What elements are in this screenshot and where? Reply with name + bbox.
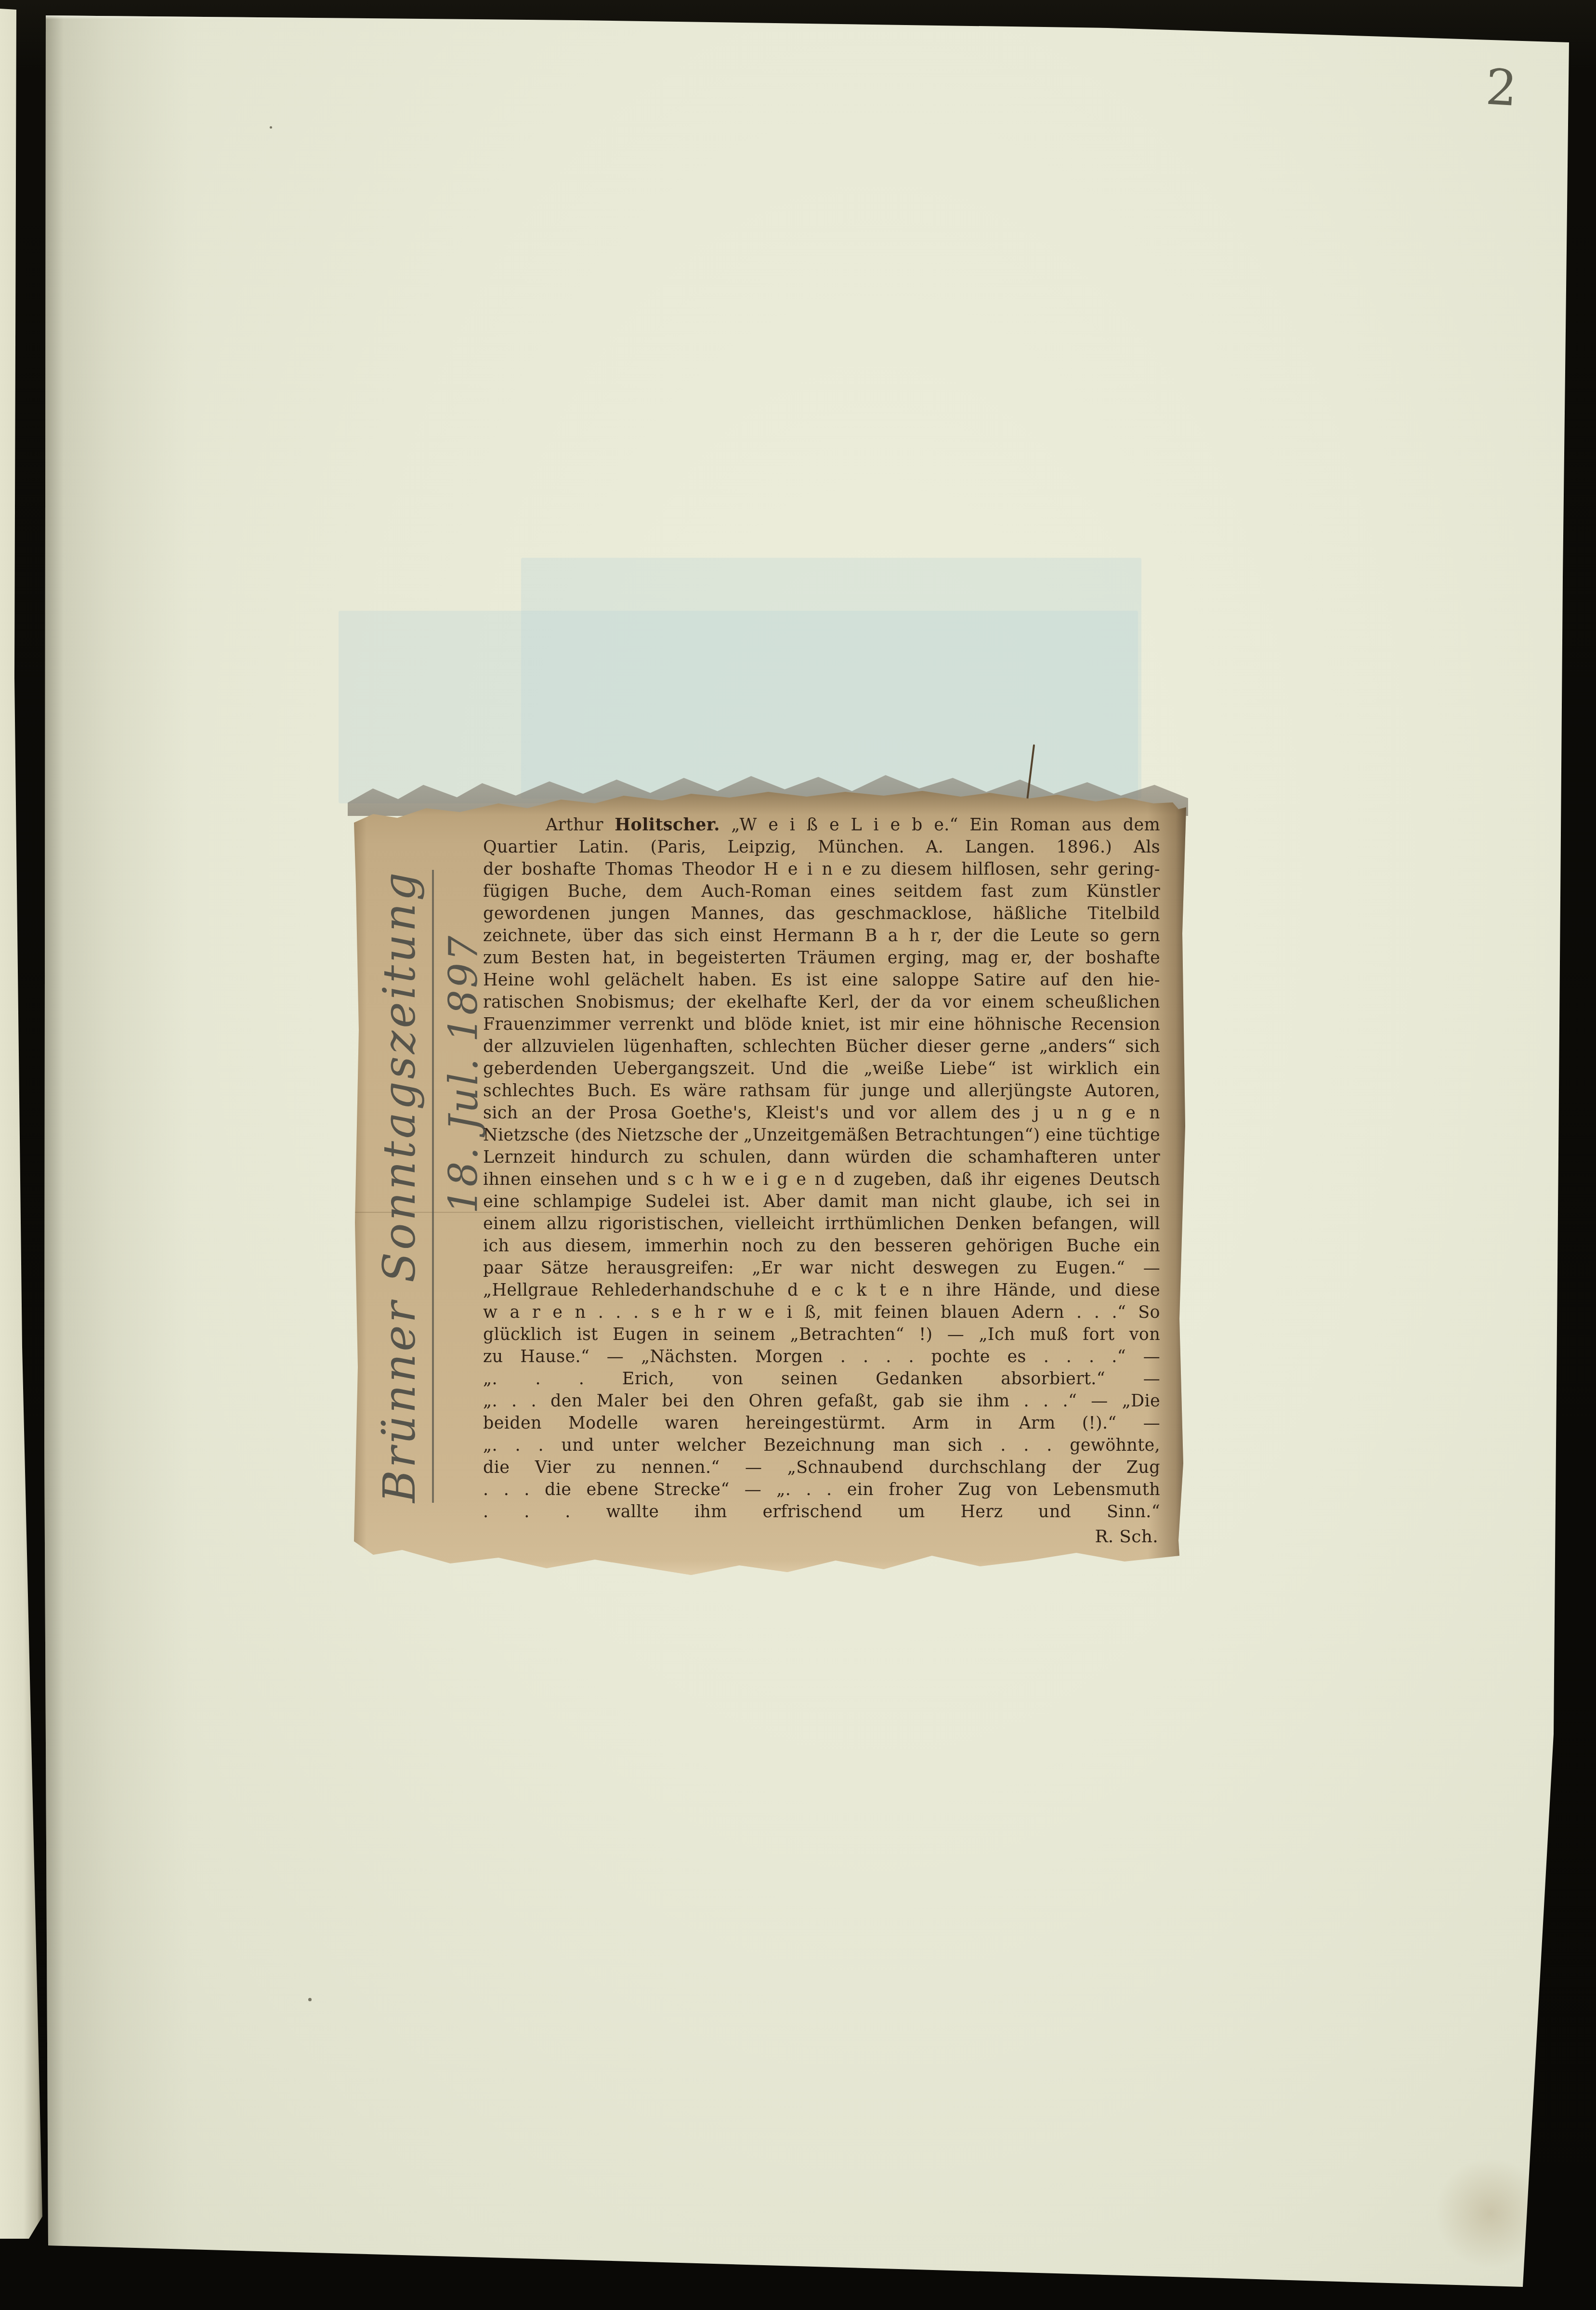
clipping-line: der boshafte Thomas Theodor H e i n e zu… [483, 858, 1160, 880]
clipping-line: schlechtes Buch. Es wäre rathsam für jun… [483, 1080, 1160, 1102]
glassine-overlay-right [521, 558, 1141, 799]
clipping-line: Frauenzimmer verrenkt und blöde kniet, i… [483, 1013, 1160, 1036]
clipping-line: beiden Modelle waren hereingestürmt. Arm… [483, 1412, 1160, 1434]
clipping-line: ihnen einsehen und s c h w e i g e n d z… [483, 1168, 1160, 1191]
clipping-line: gewordenen jungen Mannes, das geschmackl… [483, 903, 1160, 925]
scanner-background: 2 Brünner Sonntagszeitung 18. Jul. 1897 … [0, 0, 1596, 2310]
clipping-line: ratischen Snobismus; der ekelhafte Kerl,… [483, 991, 1160, 1013]
clipping-line: glücklich ist Eugen in seinem „Betrachte… [483, 1324, 1160, 1346]
clipping-line: zeichnete, über das sich einst Hermann B… [483, 925, 1160, 947]
clipping-line: Arthur Holitscher. „W e i ß e L i e b e.… [483, 814, 1160, 836]
clipping-line: zu Hause.“ — „Nächsten. Morgen . . . . p… [483, 1346, 1160, 1368]
clipping-line: der allzuvielen lügenhaften, schlechten … [483, 1036, 1160, 1058]
clipping-line: eine schlampige Sudelei ist. Aber damit … [483, 1191, 1160, 1213]
clipping-line: ich aus diesem, immerhin noch zu den bes… [483, 1235, 1160, 1257]
clipping-line: „. . . den Maler bei den Ohren gefaßt, g… [483, 1390, 1160, 1412]
clipping-line: paar Sätze herausgreifen: „Er war nicht … [483, 1257, 1160, 1279]
clipping-line: geberdenden Uebergangszeit. Und die „wei… [483, 1058, 1160, 1080]
clipping-line: „Hellgraue Rehlederhandschuhe d e c k t … [483, 1279, 1160, 1301]
clipping-signature: R. Sch. [483, 1526, 1160, 1548]
gutter-shadow [44, 0, 189, 2310]
previous-page-edge [0, 9, 43, 2239]
handwritten-annotation: Brünner Sonntagszeitung 18. Jul. 1897 [368, 901, 498, 1503]
clipping-line: . . . wallte ihm erfrischend um Herz und… [483, 1501, 1160, 1523]
clipping-line: w a r e n . . . s e h r w e i ß, mit fei… [483, 1301, 1160, 1324]
clipping-line: . . . die ebene Strecke“ — „. . . ein fr… [483, 1479, 1160, 1501]
clipping-line: fügigen Buche, dem Auch-Roman eines seit… [483, 880, 1160, 903]
clipping-line: zum Besten hat, in begeisterten Träumen … [483, 947, 1160, 969]
clipping-line: „. . . und unter welcher Bezeichnung man… [483, 1434, 1160, 1457]
clipping-line: sich an der Prosa Goethe's, Kleist's und… [483, 1102, 1160, 1124]
dust-speck [308, 1998, 312, 2001]
clipping-line: die Vier zu nennen.“ — „Schnaubend durch… [483, 1457, 1160, 1479]
clipping-line: Lernzeit hindurch zu schulen, dann würde… [483, 1146, 1160, 1168]
page-number: 2 [1484, 59, 1550, 119]
album-page: 2 Brünner Sonntagszeitung 18. Jul. 1897 … [0, 0, 1596, 2310]
clipping-line: Heine wohl gelächelt haben. Es ist eine … [483, 969, 1160, 991]
newspaper-clipping: Brünner Sonntagszeitung 18. Jul. 1897 Ar… [354, 789, 1186, 1575]
dust-speck [270, 126, 272, 129]
clipping-text-block: Arthur Holitscher. „W e i ß e L i e b e.… [483, 814, 1160, 1548]
annotation-source-title: Brünner Sonntagszeitung [368, 870, 434, 1503]
page-top-edge-highlight [46, 14, 1568, 19]
clipping-line: „. . . Erich, von seinen Gedanken absorb… [483, 1368, 1160, 1390]
clipping-line: Quartier Latin. (Paris, Leipzig, München… [483, 836, 1160, 858]
clipping-line: Nietzsche (des Nietzsche der „Unzeitgemä… [483, 1124, 1160, 1146]
clipping-line: einem allzu rigoristischen, vielleicht i… [483, 1213, 1160, 1235]
clipping-lines: Arthur Holitscher. „W e i ß e L i e b e.… [483, 814, 1160, 1523]
corner-stain [1435, 2158, 1546, 2269]
